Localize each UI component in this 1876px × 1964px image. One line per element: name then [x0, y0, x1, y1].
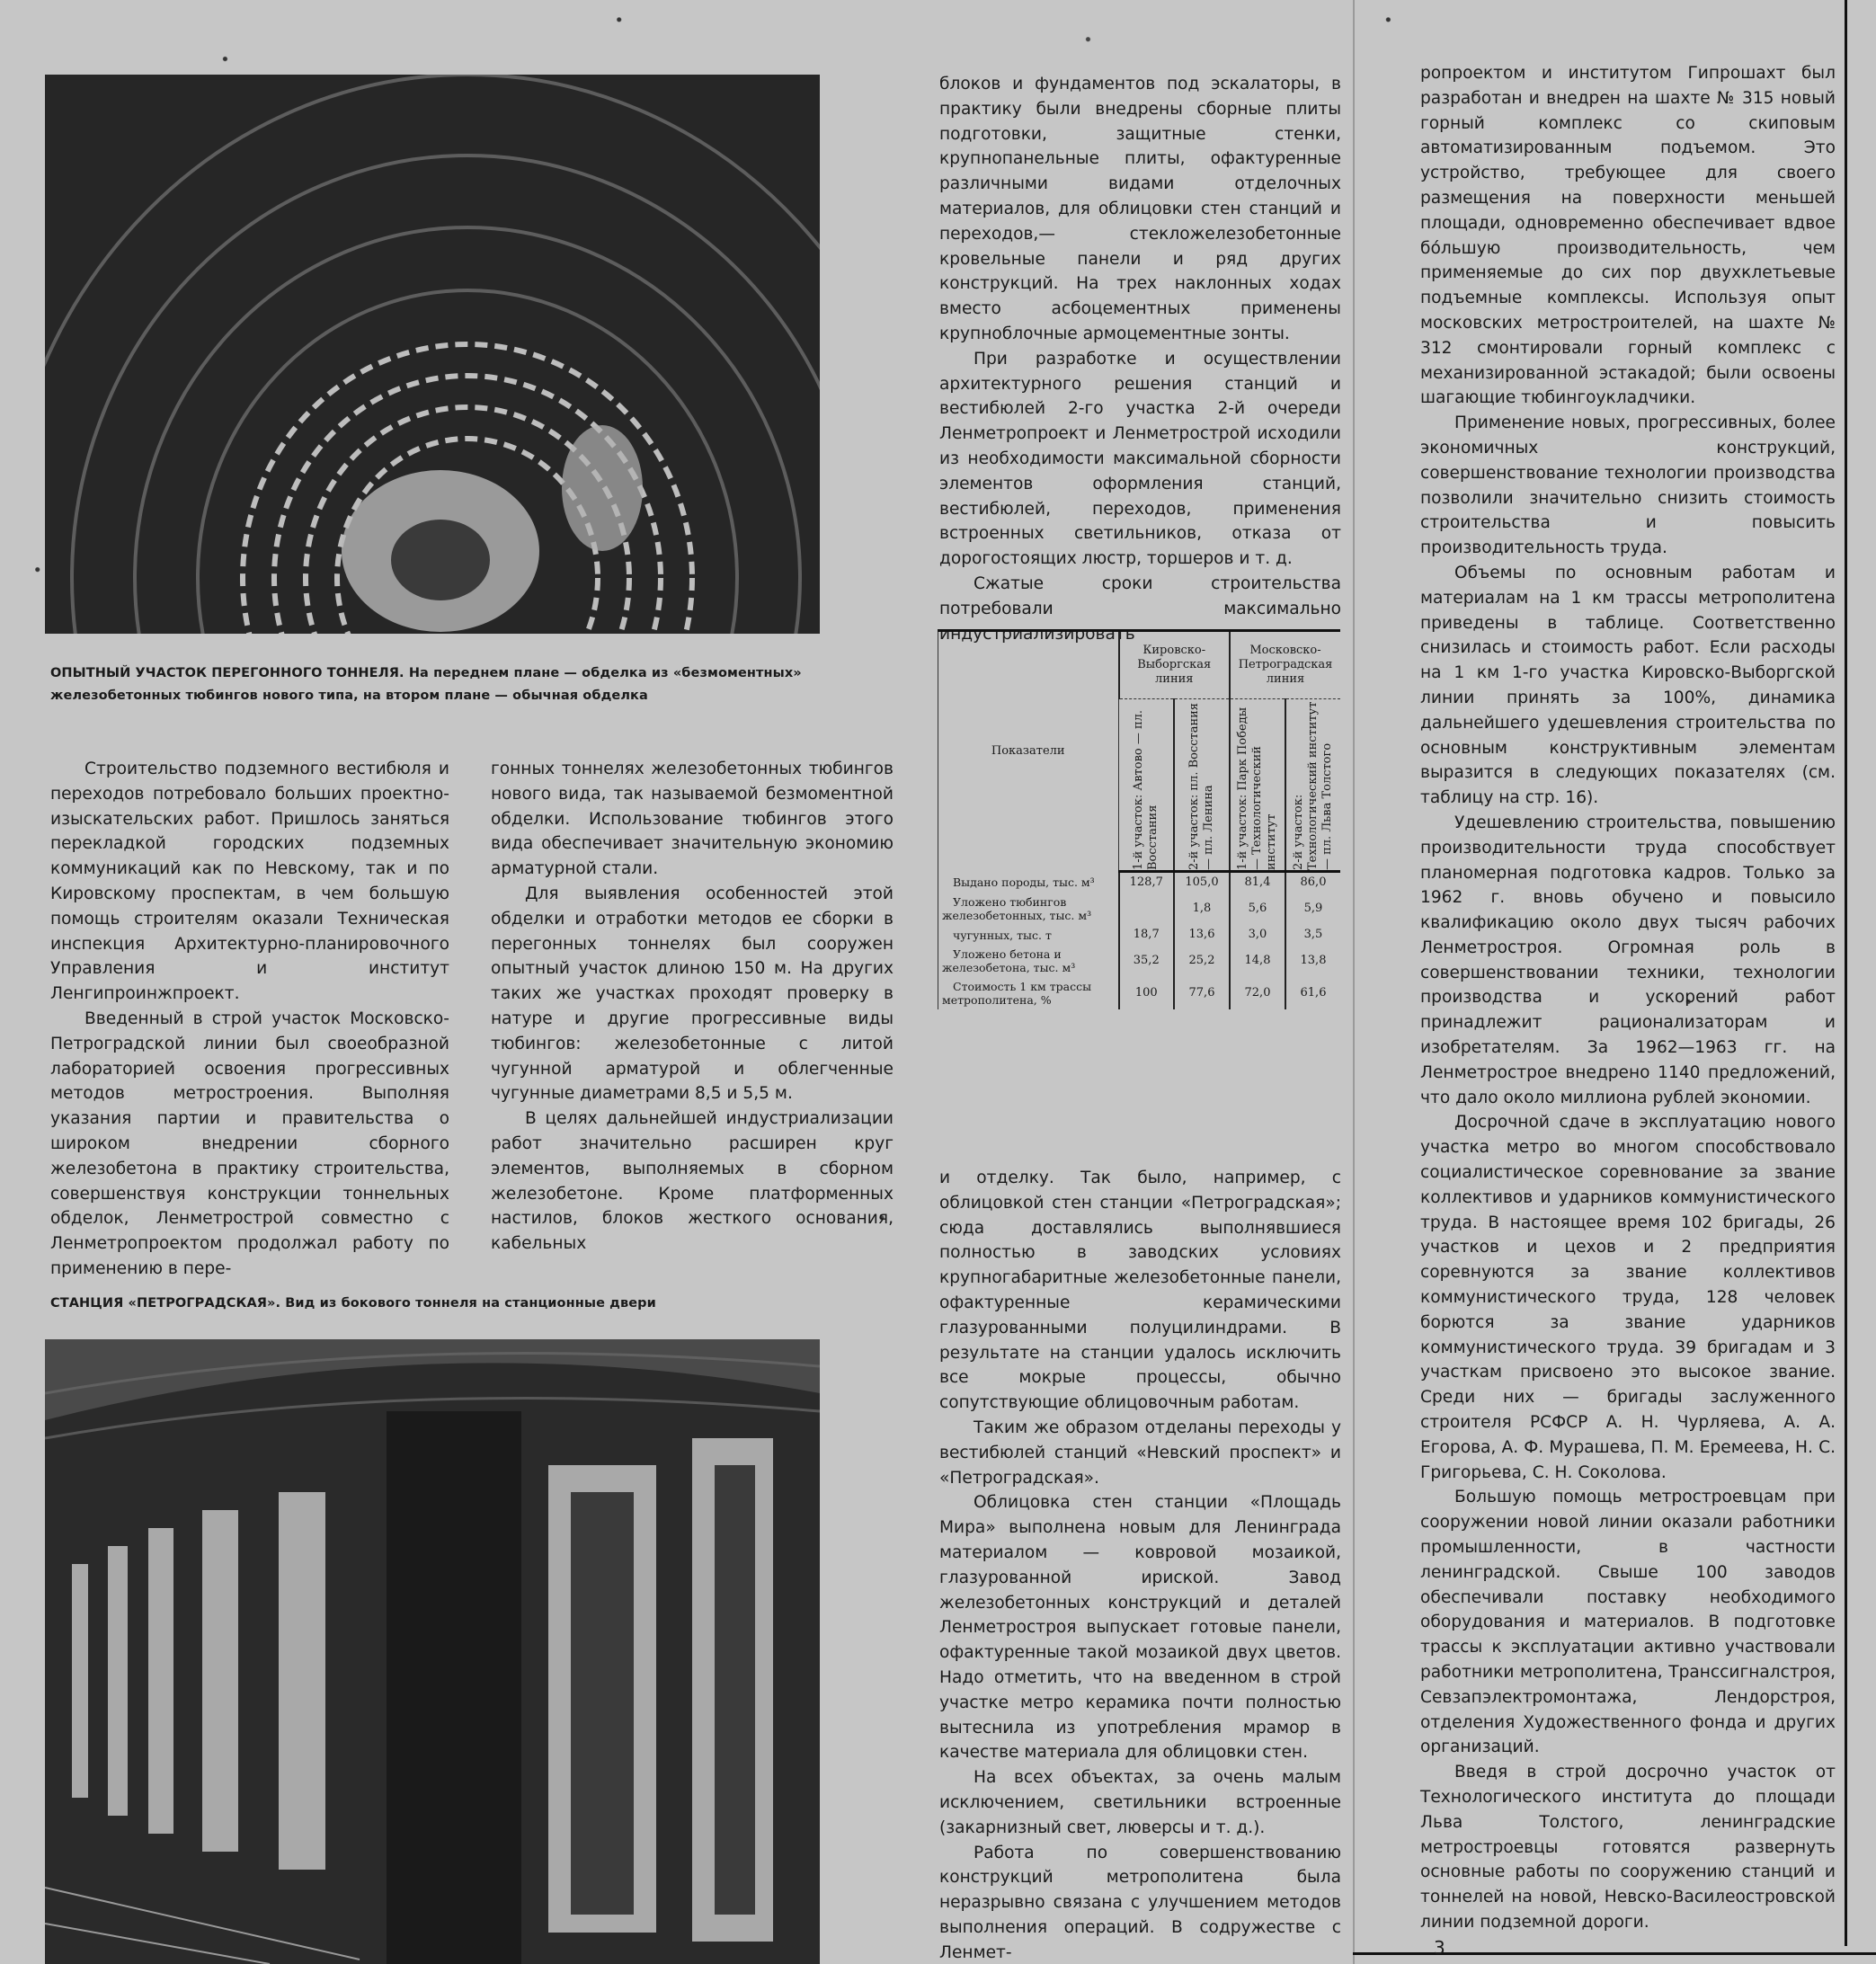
- paragraph: Большую помощь метростроевцам при сооруж…: [1420, 1485, 1836, 1760]
- table-header-section: 2-й участок: пл. Восстания — пл. Ленина: [1174, 699, 1230, 872]
- bottom-rule: [1353, 1952, 1876, 1955]
- station-photo: [45, 1339, 820, 1964]
- table-cell: 18,7: [1119, 925, 1175, 945]
- paragraph: ропроектом и институтом Гипрошахт был ра…: [1420, 61, 1836, 411]
- paragraph: Таким же образом отделаны переходы у вес…: [939, 1416, 1341, 1490]
- text-column-3-bottom: и отделку. Так было, например, с облицов…: [939, 1166, 1341, 1964]
- table-cell: 13,6: [1174, 925, 1230, 945]
- paragraph: Строительство подземного вестибюля и пер…: [50, 757, 449, 1007]
- column-rule: [1353, 0, 1355, 1964]
- caption-title: Опытный участок перегонного тоннеля.: [50, 666, 405, 680]
- table-cell: 128,7: [1119, 872, 1175, 893]
- paragraph: гонных тоннелях железобетонных тюбингов …: [491, 757, 894, 882]
- caption-title: Станция «Петроградская».: [50, 1296, 280, 1311]
- table-cell: [1119, 893, 1175, 925]
- text-column-2: гонных тоннелях железобетонных тюбингов …: [491, 757, 894, 1257]
- paragraph: Работа по совершенствованию конструкций …: [939, 1841, 1341, 1964]
- table-cell-indicator: чугунных, тыс. т: [938, 925, 1119, 945]
- table-row: Уложено бетона и железобетона, тыс. м³ 3…: [938, 945, 1341, 977]
- table-cell: 86,0: [1285, 872, 1340, 893]
- table-cell: 100: [1119, 977, 1175, 1009]
- paragraph: Облицовка стен станции «Площадь Мира» вы…: [939, 1490, 1341, 1765]
- table-cell: 61,6: [1285, 977, 1340, 1009]
- table-cell-indicator: Выдано породы, тыс. м³: [938, 872, 1119, 893]
- paragraph: Объемы по основным работам и материалам …: [1420, 561, 1836, 811]
- paragraph: и отделку. Так было, например, с облицов…: [939, 1166, 1341, 1416]
- table-cell: 14,8: [1230, 945, 1285, 977]
- paragraph: При разработке и осуществлении архитекту…: [939, 347, 1341, 572]
- paragraph: На всех объектах, за очень малым исключе…: [939, 1765, 1341, 1840]
- paragraph: Введенный в строй участок Московско-Петр…: [50, 1007, 449, 1282]
- paragraph: блоков и фундаментов под эскалаторы, в п…: [939, 72, 1341, 347]
- page-number: 3: [1434, 1937, 1445, 1959]
- table-cell: 3,5: [1285, 925, 1340, 945]
- table-cell: 35,2: [1119, 945, 1175, 977]
- paragraph: Для выявления особенностей этой обделки …: [491, 882, 894, 1106]
- tunnel-rings-illustration: [45, 75, 820, 634]
- tunnel-photo: [45, 75, 820, 634]
- table-cell: 72,0: [1230, 977, 1285, 1009]
- paragraph: Удешевлению строительства, повышению про…: [1420, 811, 1836, 1111]
- table-row: Уложено тюбингов железобетонных, тыс. м³…: [938, 893, 1341, 925]
- table-row: Стоимость 1 км трассы метрополитена, % 1…: [938, 977, 1341, 1009]
- table-row: чугунных, тыс. т 18,7 13,6 3,0 3,5: [938, 925, 1341, 945]
- table-cell: 25,2: [1174, 945, 1230, 977]
- table-header-section: 1-й участок: Автово — пл. Восстания: [1119, 699, 1175, 872]
- station-hall-illustration: [45, 1339, 820, 1964]
- table-cell: 5,6: [1230, 893, 1285, 925]
- indicators-table: Показатели Кировско-Выборгская линия Мос…: [938, 629, 1340, 1119]
- table-header-section: 2-й участок: Технологический институт — …: [1285, 699, 1340, 872]
- table-cell-indicator: Уложено бетона и железобетона, тыс. м³: [938, 945, 1119, 977]
- station-photo-caption: Станция «Петроградская». Вид из бокового…: [50, 1293, 823, 1315]
- document-page: Опытный участок перегонного тоннеля. На …: [0, 0, 1876, 1964]
- table-header-group: Кировско-Выборгская линия: [1119, 631, 1231, 699]
- table-cell: 105,0: [1174, 872, 1230, 893]
- paragraph: Применение новых, прогрессивных, более э…: [1420, 411, 1836, 561]
- table-cell-indicator: Стоимость 1 км трассы метрополитена, %: [938, 977, 1119, 1009]
- table-cell: 1,8: [1174, 893, 1230, 925]
- paragraph: Досрочной сдаче в эксплуатацию нового уч…: [1420, 1110, 1836, 1485]
- paragraph: Введя в строй досрочно участок от Технол…: [1420, 1760, 1836, 1935]
- table-cell: 77,6: [1174, 977, 1230, 1009]
- table-cell: 5,9: [1285, 893, 1340, 925]
- paragraph: В целях дальнейшей индустриализации рабо…: [491, 1106, 894, 1257]
- text-column-3-top: блоков и фундаментов под эскалаторы, в п…: [939, 72, 1341, 646]
- text-column-4: ропроектом и институтом Гипрошахт был ра…: [1420, 61, 1836, 1935]
- table-cell: 13,8: [1285, 945, 1340, 977]
- table-header-section: 1-й участок: Парк Победы — Технологическ…: [1230, 699, 1285, 872]
- table-cell-indicator: Уложено тюбингов железобетонных, тыс. м³: [938, 893, 1119, 925]
- table-row: Выдано породы, тыс. м³ 128,7 105,0 81,4 …: [938, 872, 1341, 893]
- table-header-group: Московско-Петроградская линия: [1230, 631, 1340, 699]
- caption-text: Вид из бокового тоннеля на станционные д…: [285, 1296, 656, 1311]
- table-cell: 3,0: [1230, 925, 1285, 945]
- tunnel-photo-caption: Опытный участок перегонного тоннеля. На …: [50, 662, 823, 707]
- table-header-indicators: Показатели: [938, 631, 1119, 872]
- text-column-1: Строительство подземного вестибюля и пер…: [50, 757, 449, 1282]
- column-rule: [1845, 0, 1847, 1946]
- table-cell: 81,4: [1230, 872, 1285, 893]
